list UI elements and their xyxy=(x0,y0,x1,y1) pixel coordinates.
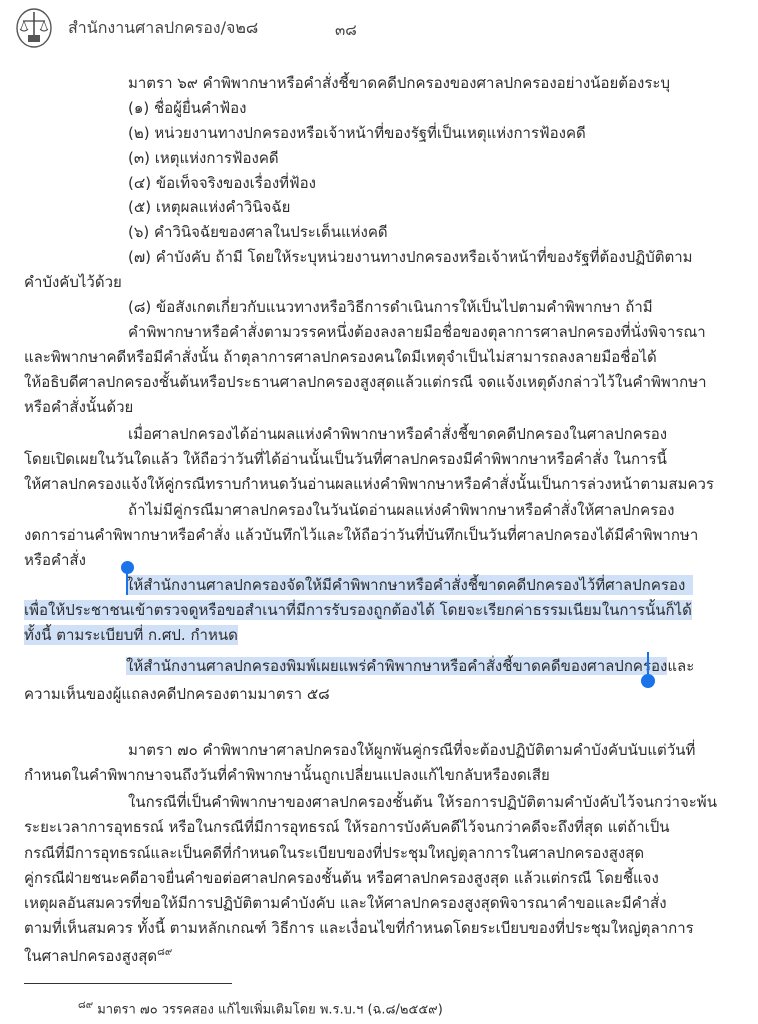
selected-text-line[interactable]: ให้สำนักงานศาลปกครองจัดให้มีคำพิพากษาหรื… xyxy=(126,575,693,595)
paragraph-line: ให้ศาลปกครองแจ้งให้คู่กรณีทราบกำหนดวันอ่… xyxy=(24,474,714,494)
selected-text-line[interactable]: เพื่อให้ประชาชนเข้าตรวจดูหรือขอสำเนาที่ม… xyxy=(24,600,692,620)
court-emblem-icon xyxy=(14,8,54,48)
paragraph-line: ให้อธิบดีศาลปกครองชั้นต้นหรือประธานศาลปก… xyxy=(24,372,707,392)
document-header: สำนักงานศาลปกครอง/จ๒๘ xyxy=(14,6,258,50)
list-item: (๕) เหตุผลแห่งคำวินิจฉัย xyxy=(128,197,290,217)
selection-handle-knob[interactable] xyxy=(641,674,655,688)
paragraph-line: งดการอ่านคำพิพากษาหรือคำสั่ง แล้วบันทึกไ… xyxy=(24,525,698,545)
paragraph-line: กำหนดในคำพิพากษาจนถึงวันที่คำพิพากษานั้น… xyxy=(24,765,550,785)
footnote-mark: ๘๙ xyxy=(78,1000,93,1011)
list-item: (๔) ข้อเท็จจริงของเรื่องที่ฟ้อง xyxy=(128,173,316,193)
footnote: ๘๙ มาตรา ๗๐ วรรคสอง แก้ไขเพิ่มเติมโดย พ.… xyxy=(78,996,443,1020)
office-title: สำนักงานศาลปกครอง/จ๒๘ xyxy=(68,16,258,41)
paragraph-line: ระยะเวลาการอุทธรณ์ หรือในกรณีที่มีการอุท… xyxy=(24,817,670,837)
footnote-reference[interactable]: ๘๙ xyxy=(157,947,172,958)
selection-handle-stem xyxy=(126,571,128,595)
paragraph-line: และพิพากษาคดีหรือมีคำสั่งนั้น ถ้าตุลาการ… xyxy=(24,347,657,367)
footnote-divider xyxy=(24,983,232,984)
list-item: (๘) ข้อสังเกตเกี่ยวกับแนวทางหรือวิธีการด… xyxy=(128,297,653,317)
paragraph-line: คำพิพากษาหรือคำสั่งตามวรรคหนึ่งต้องลงลาย… xyxy=(128,322,706,342)
paragraph-line: ในศาลปกครองสูงสุด๘๙ xyxy=(24,943,172,966)
section-heading: มาตรา ๖๙ คำพิพากษาหรือคำสั่งชี้ขาดคดีปกค… xyxy=(128,73,670,93)
paragraph-line: หรือคำสั่ง xyxy=(24,550,86,570)
selection-end-handle[interactable] xyxy=(641,652,655,688)
list-item: (๒) หน่วยงานทางปกครองหรือเจ้าหน้าที่ของร… xyxy=(128,123,586,143)
list-item: (๓) เหตุแห่งการฟ้องคดี xyxy=(128,148,279,168)
section-heading: มาตรา ๗๐ คำพิพากษาศาลปกครองให้ผูกพันคู่ก… xyxy=(128,740,695,760)
paragraph-line: ความเห็นของผู้แถลงคดีปกครองตามมาตรา ๕๘ xyxy=(24,684,330,704)
page-number: ๓๘ xyxy=(335,18,357,42)
paragraph-line: เมื่อศาลปกครองได้อ่านผลแห่งคำพิพากษาหรือ… xyxy=(128,424,667,444)
paragraph-line: ในกรณีที่เป็นคำพิพากษาของศาลปกครองชั้นต้… xyxy=(128,792,717,812)
paragraph-line: กรณีที่มีการอุทธรณ์และเป็นคดีที่กำหนดในร… xyxy=(24,843,644,863)
footnote-text: มาตรา ๗๐ วรรคสอง แก้ไขเพิ่มเติมโดย พ.ร.บ… xyxy=(97,1002,443,1017)
selected-text-segment[interactable]: ให้สำนักงานศาลปกครองพิมพ์เผยแพร่คำพิพากษ… xyxy=(126,657,667,675)
paragraph-line: เหตุผลอันสมควรที่ขอให้มีการปฏิบัติตามคำบ… xyxy=(24,893,667,913)
paragraph-text: ในศาลปกครองสูงสุด xyxy=(24,947,157,965)
list-item: (๗) คำบังคับ ถ้ามี โดยให้ระบุหน่วยงานทาง… xyxy=(128,247,693,267)
unselected-text-segment: และ xyxy=(667,657,694,675)
selected-text-line[interactable]: ทั้งนี้ ตามระเบียบที่ ก.ศป. กำหนด xyxy=(24,625,238,645)
paragraph-line: คู่กรณีฝ่ายชนะคดีอาจยื่นคำขอต่อศาลปกครอง… xyxy=(24,868,659,888)
paragraph-line: ให้สำนักงานศาลปกครองพิมพ์เผยแพร่คำพิพากษ… xyxy=(126,656,694,676)
paragraph-line: ถ้าไม่มีคู่กรณีมาศาลปกครองในวันนัดอ่านผล… xyxy=(128,500,675,520)
paragraph-line: ตามที่เห็นสมควร ทั้งนี้ ตามหลักเกณฑ์ วิธ… xyxy=(24,918,694,938)
list-item: (๖) คำวินิจฉัยของศาลในประเด็นแห่งคดี xyxy=(128,222,388,242)
paragraph-line: โดยเปิดเผยในวันใดแล้ว ให้ถือว่าวันที่ได้… xyxy=(24,449,667,469)
list-item: (๑) ชื่อผู้ยื่นคำฟ้อง xyxy=(128,98,246,118)
list-item-continuation: คำบังคับไว้ด้วย xyxy=(24,272,122,292)
paragraph-line: หรือคำสั่งนั้นด้วย xyxy=(24,397,133,417)
selection-start-handle[interactable] xyxy=(121,561,131,595)
